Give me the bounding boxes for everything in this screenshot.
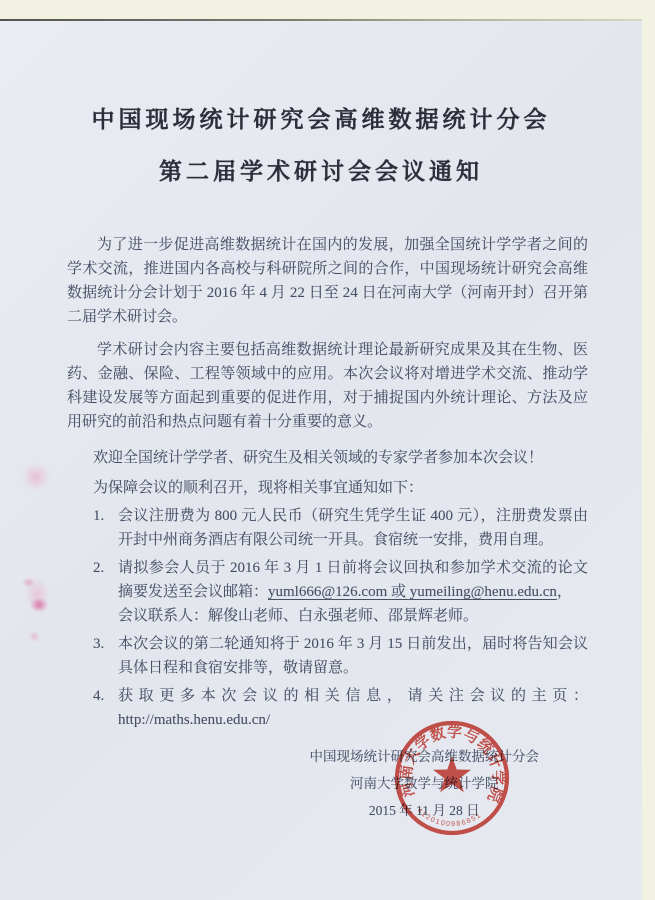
- intro-paragraph-1: 为了进一步促进高维数据统计在国内的发展，加强全国统计学学者之间的学术交流，推进国…: [67, 233, 588, 329]
- item-number: 4.: [93, 684, 118, 732]
- notice-title-line1: 中国现场统计研究会高维数据统计分会: [0, 19, 642, 135]
- comma: ，: [557, 584, 572, 600]
- notice-title-line2: 第二届学术研讨会会议通知: [0, 155, 642, 187]
- notice-item-list: 1. 会议注册费为 800 元人民币（研究生凭学生证 400 元），注册费发票由…: [67, 504, 588, 732]
- item-text: 请拟参会人员于 2016 年 3 月 1 日前将会议回执和参加学术交流的论文摘要…: [118, 556, 588, 628]
- item-text: 获取更多本次会议的相关信息，请关注会议的主页：http://maths.henu…: [118, 684, 588, 732]
- item-text: 会议注册费为 800 元人民币（研究生凭学生证 400 元），注册费发票由开封中…: [118, 504, 588, 552]
- scanned-page: 中国现场统计研究会高维数据统计分会 第二届学术研讨会会议通知 为了进一步促进高维…: [0, 19, 642, 900]
- official-seal: 河南大学数学与统计学院 4120100986851: [390, 716, 514, 840]
- seal-star-icon: [433, 756, 471, 792]
- lead-in-line: 为保障会议的顺利召开，现将相关事宜通知如下：: [67, 476, 588, 500]
- item-number: 2.: [93, 556, 118, 628]
- scanned-document: { "page": { "title": { "line1": "中国现场统计研…: [0, 0, 655, 900]
- item-text: 本次会议的第二轮通知将于 2016 年 3 月 15 日前发出，届时将告知会议具…: [118, 632, 588, 680]
- notice-body: 为了进一步促进高维数据统计在国内的发展，加强全国统计学学者之间的学术交流，推进国…: [0, 187, 642, 732]
- item-number: 3.: [93, 632, 118, 680]
- item-number: 1.: [93, 504, 118, 552]
- list-item-registration: 1. 会议注册费为 800 元人民币（研究生凭学生证 400 元），注册费发票由…: [67, 504, 588, 552]
- contact-persons-line: 会议联系人：解俊山老师、白永强老师、邵景辉老师。: [118, 604, 588, 628]
- list-item-second-notice: 3. 本次会议的第二轮通知将于 2016 年 3 月 15 日前发出，届时将告知…: [67, 632, 588, 680]
- welcome-line: 欢迎全国统计学学者、研究生及相关领域的专家学者参加本次会议！: [67, 446, 588, 470]
- email-address-2: yumeiling@henu.edu.cn: [410, 584, 557, 600]
- homepage-url: http://maths.henu.edu.cn/: [118, 712, 270, 728]
- list-item-submission: 2. 请拟参会人员于 2016 年 3 月 1 日前将会议回执和参加学术交流的论…: [67, 556, 588, 628]
- or-connector: 或: [387, 584, 410, 600]
- email-address-1: yuml666@126.com: [268, 584, 387, 600]
- email-group: yuml666@126.com 或 yumeiling@henu.edu.cn: [268, 584, 557, 600]
- homepage-text: 获取更多本次会议的相关信息，请关注会议的主页：: [118, 688, 588, 704]
- intro-paragraph-2: 学术研讨会内容主要包括高维数据统计理论最新研究成果及其在生物、医药、金融、保险、…: [67, 338, 588, 434]
